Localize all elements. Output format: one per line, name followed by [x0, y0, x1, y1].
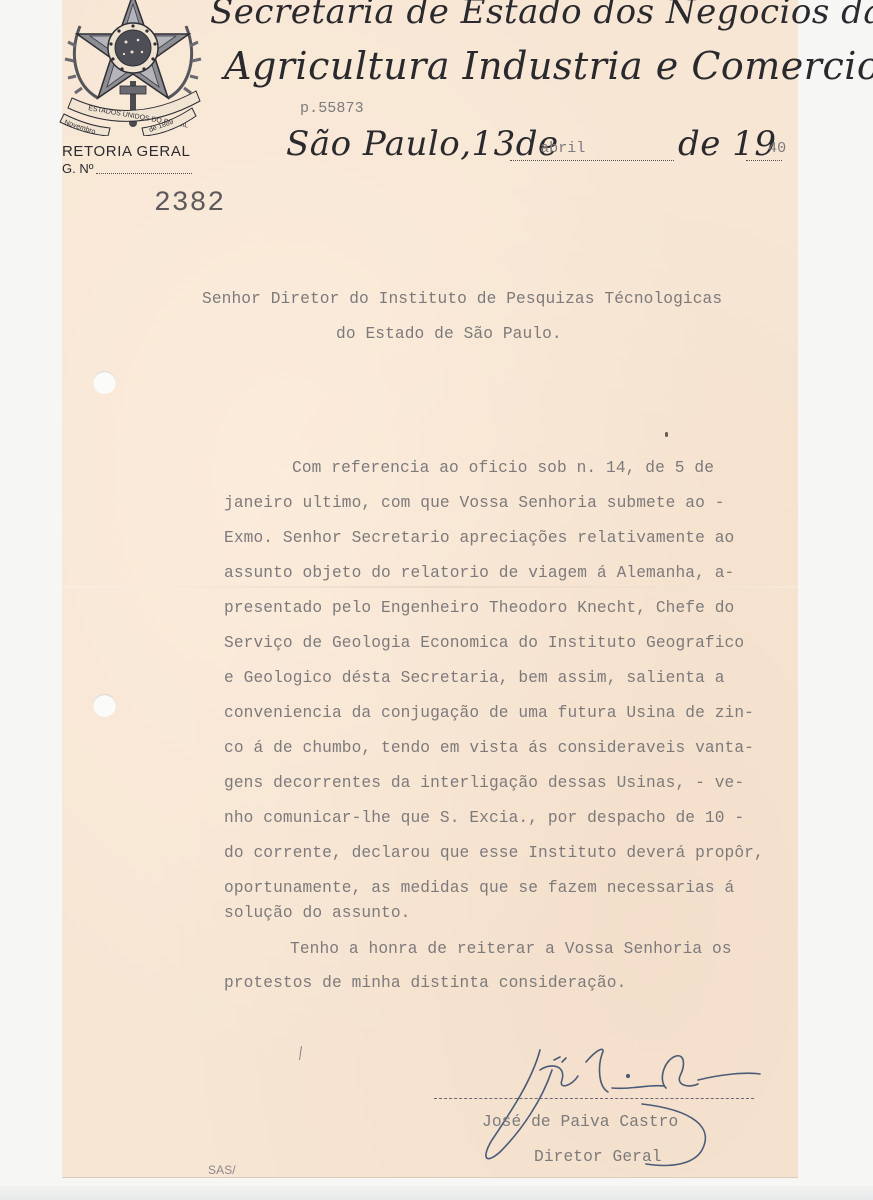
- process-number: p.55873: [300, 100, 364, 117]
- fold-crease: [62, 586, 798, 588]
- date-month: abril: [540, 140, 586, 157]
- pencil-mark: [299, 1046, 302, 1060]
- body-line: presentado pelo Engenheiro Theodoro Knec…: [224, 599, 734, 617]
- date-year-suffix: 40: [768, 140, 786, 157]
- body-line: conveniencia da conjugação de uma futura…: [224, 704, 754, 722]
- addressee-line2: do Estado de São Paulo.: [336, 325, 562, 343]
- date-city-text: São Paulo,: [286, 124, 472, 164]
- letterhead-title-line1: Secretaria de Estado dos Negocios da: [210, 0, 873, 32]
- scanner-background: [0, 1186, 873, 1200]
- punch-hole-bottom: [93, 694, 116, 717]
- date-year-prefix: de 19: [678, 124, 776, 164]
- letter-page: ESTADOS UNIDOS DO BRASIL Novembro de 188…: [62, 0, 798, 1177]
- date-year-dotted-line: [746, 160, 782, 161]
- body-line: oportunamente, as medidas que se fazem n…: [224, 879, 734, 897]
- date-month-dotted-line: [510, 160, 674, 161]
- registry-number: 2382: [154, 188, 225, 219]
- body-line: e Geologico désta Secretaria, bem assim,…: [224, 669, 725, 687]
- department-label: RETORIA GERAL: [62, 143, 190, 160]
- body-line: co á de chumbo, tendo em vista ás consid…: [224, 739, 754, 757]
- closing-line: Tenho a honra de reiterar a Vossa Senhor…: [290, 940, 732, 958]
- date-city: São Paulo,13de: [286, 124, 559, 164]
- body-line: Com referencia ao oficio sob n. 14, de 5…: [292, 459, 714, 477]
- ink-speck: [665, 432, 668, 437]
- registration-label: G. Nº: [62, 161, 93, 176]
- body-line: assunto objeto do relatorio de viagem á …: [224, 564, 734, 582]
- coat-of-arms-icon: ESTADOS UNIDOS DO BRASIL Novembro de 188…: [58, 0, 208, 136]
- body-line: Serviço de Geologia Economica do Institu…: [224, 634, 744, 652]
- signatory-title: Diretor Geral: [534, 1148, 662, 1166]
- punch-hole-top: [93, 371, 116, 394]
- registration-dotted-line: [96, 173, 192, 174]
- body-line: do corrente, declarou que esse Instituto…: [224, 844, 764, 862]
- typist-initials: SAS/: [208, 1163, 236, 1177]
- signatory-name: José de Paiva Castro: [482, 1113, 678, 1131]
- body-line: janeiro ultimo, com que Vossa Senhoria s…: [224, 494, 725, 512]
- addressee-line1: Senhor Diretor do Instituto de Pesquizas…: [202, 290, 722, 308]
- date-day: 13: [472, 124, 516, 164]
- body-line: solução do assunto.: [224, 904, 410, 922]
- body-line: Exmo. Senhor Secretario apreciações rela…: [224, 529, 734, 547]
- body-line: gens decorrentes da interligação dessas …: [224, 774, 744, 792]
- body-line: nho comunicar-lhe que S. Excia., por des…: [224, 809, 744, 827]
- letterhead-title-line2: Agricultura Industria e Comercio: [224, 44, 873, 88]
- closing-line: protestos de minha distinta consideração…: [224, 974, 626, 992]
